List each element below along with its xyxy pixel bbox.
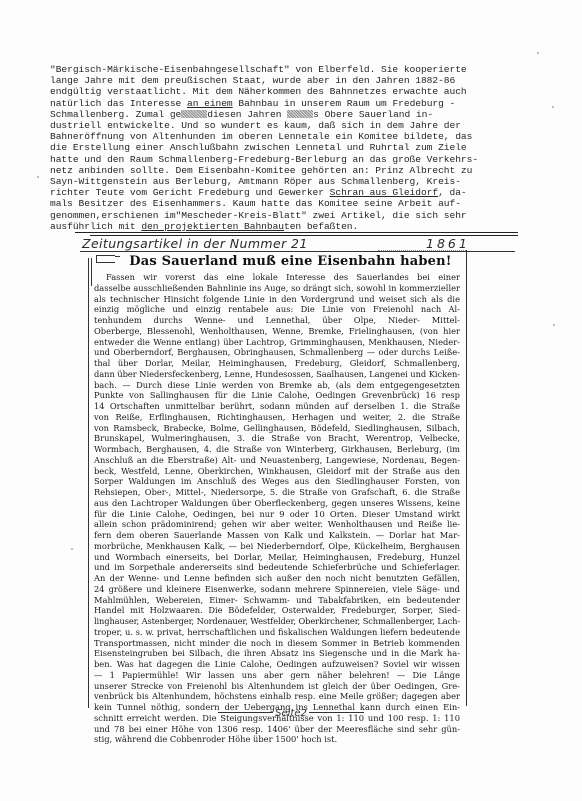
clipping-edge-top [378, 250, 466, 251]
article-line: 14 Ortschaften unmittelbar berührt, soda… [94, 401, 460, 412]
article-line: von Reiße, Erflinghausen, Richtinghausen… [94, 412, 460, 423]
intro-text: richter Teute vom Gericht Fredeburg und … [50, 187, 330, 198]
article-line: und 78 bei einer Höhe von 1306 resp. 140… [94, 724, 460, 735]
footer-dash [218, 712, 273, 713]
article-line: stig, während die Cobbenroder Höhe über … [94, 734, 460, 745]
article-line: einzig mögliche und einzig rentabele aus… [94, 304, 460, 315]
smudge-mark [287, 110, 313, 118]
intro-line: Bahneröffnung von Altenhunden im oberen … [50, 131, 550, 142]
article-line: — 1 Papiermühle! Wir lassen uns aber ger… [94, 670, 460, 681]
page-footer: Seite2 [0, 708, 582, 719]
article-line: ben. Was hat dagegen die Linie Calohe, O… [94, 659, 460, 670]
article-line: Rehsiepen, Ober-, Mittel-, Niedersorpe, … [94, 487, 460, 498]
scanned-page: "Bergisch-Märkische-Eisenbahngesellschaf… [0, 0, 582, 801]
intro-underlined: Schran aus Gleidorf [330, 187, 438, 198]
article-line: thal über Dorlar, Meilar, Heiminghausen,… [94, 358, 460, 369]
article-line: unserer Strecke von Freienohl bis Altenh… [94, 681, 460, 692]
article-line: Punkte von Sallinghausen für die Linie C… [94, 390, 460, 401]
article-line: Handel mit Holzwaaren. Die Bödefelder, O… [94, 605, 460, 616]
article-line: An der Wenne- und Lenne befinden sich au… [94, 573, 460, 584]
article-line: Wormbach, Berghausen, 4. die Straße von … [94, 444, 460, 455]
article-line: Sorper Waldungen im Anschluß des Weges a… [94, 476, 460, 487]
intro-line: richter Teute vom Gericht Fredeburg und … [50, 187, 550, 198]
intro-underlined: den projektierten Bahnbau [141, 221, 284, 232]
article-line: Anschluß an die Eberstraße) Alt- und Neu… [94, 455, 460, 466]
article-line: von Ramsbeck, Brabecke, Bolme, Gellingha… [94, 423, 460, 434]
scan-speck [37, 176, 39, 178]
intro-text: Schmallenberg. Zumal ge [50, 109, 181, 120]
article-line: linghauser, Astenberger, Nordenauer, Wes… [94, 616, 460, 627]
intro-line: endgültig verstaatlicht. Mit dem Näherko… [50, 86, 550, 97]
intro-line: natürlich das Interesse an einem Bahnbau… [50, 98, 550, 109]
intro-line: Sayn-Wittgenstein aus Berleburg, Amtmann… [50, 176, 550, 187]
intro-line: netz anbinden sollte. Dem Eisenbahn-Komi… [50, 165, 550, 176]
article-line: Mahlmühlen, Webereien, Eimer- Schwamm- u… [94, 595, 460, 606]
article-headline: Das Sauerland muß eine Eisenbahn haben! [78, 254, 470, 269]
article-line: troper, u. s. w. privat, herrschaftliche… [94, 627, 460, 638]
article-line: dann über Niedersfeckenberg, Lenne, Hund… [94, 369, 460, 380]
intro-line: Schmallenberg. Zumal gediesen Jahren s O… [50, 109, 550, 120]
intro-line: lange Jahre mit dem preußischen Staat, w… [50, 75, 550, 86]
intro-line: die Erstellung einer Anschlußbahn zwisch… [50, 142, 550, 153]
clipping-edge-right [466, 250, 467, 706]
article-line: für die Linie Calohe, Oedingen, bei nur … [94, 509, 460, 520]
article-line: Brunskapel, Wulmeringhausen, 3. die Stra… [94, 433, 460, 444]
article-line: entweder die Wenne entlang) über Lachtro… [94, 337, 460, 348]
intro-line: dustriell entwickelte. Und so wundert es… [50, 120, 550, 131]
scan-speck [553, 324, 555, 326]
intro-text: Bahnbau in unserem Raum um Fredeburg - [233, 98, 456, 109]
article-line: fern dem oberen Sauerlande Massen von Ka… [94, 530, 460, 541]
page-number-label: Seite2 [275, 708, 307, 719]
pointing-hand-icon [96, 255, 115, 263]
article-line: Transportmassen, nicht minder die noch i… [94, 638, 460, 649]
scan-speck [537, 52, 539, 54]
handwritten-year: 1861 [426, 236, 470, 251]
article-line: Eisensteingruben bei Silbach, die ihren … [94, 648, 460, 659]
article-line: beck, Westfeld, Lenne, Oberkirchen, Wink… [94, 466, 460, 477]
article-line: Fassen wir vorerst das eine lokale Inter… [94, 272, 460, 283]
intro-line: hatte und den Raum Schmallenberg-Fredebu… [50, 154, 550, 165]
separator-rule [75, 232, 518, 233]
intro-text: , da- [438, 187, 467, 198]
intro-text: natürlich das Interesse [50, 98, 187, 109]
article-body: Fassen wir vorerst das eine lokale Inter… [94, 272, 460, 745]
intro-text: s Obere Sauerland in- [313, 109, 433, 120]
scan-speck [552, 106, 554, 108]
scan-speck [71, 548, 73, 550]
clipping-edge-left [88, 258, 89, 708]
article-line: 24 größere und kleinere Eisenwerke, soda… [94, 584, 460, 595]
handwritten-title: Zeitungsartikel in der Nummer 21 [82, 236, 308, 251]
article-line: aus den Lachtroper Waldungen über Oberfl… [94, 498, 460, 509]
smudge-mark [181, 110, 207, 118]
headline-text: Das Sauerland muß eine Eisenbahn haben! [129, 254, 451, 269]
intro-text: diesen Jahren [207, 109, 287, 120]
article-line: Oberberge, Blessenohl, Wenholthausen, We… [94, 326, 460, 337]
article-line: dasselbe ausschließenden Bahnlinie ins A… [94, 283, 460, 294]
footer-dash [309, 712, 364, 713]
article-line: als technischer Hinsicht folgende Linie … [94, 294, 460, 305]
intro-underlined: an einem [187, 98, 233, 109]
article-line: morbrüche, Menkhausen Kalk, — bei Nieder… [94, 541, 460, 552]
article-line: und Oberberndorf, Berghausen, Obringhaus… [94, 347, 460, 358]
typed-intro: "Bergisch-Märkische-Eisenbahngesellschaf… [50, 64, 550, 232]
intro-text: ausführlich mit [50, 221, 141, 232]
article-line: und Wormbach einerseits, bei Dorlar, Mei… [94, 552, 460, 563]
intro-line: mals Besitzer des Eisenhammers. Kaum hat… [50, 198, 550, 209]
article-line: bach. — Durch diese Linie werden von Bre… [94, 380, 460, 391]
intro-line: "Bergisch-Märkische-Eisenbahngesellschaf… [50, 64, 550, 75]
intro-line: ausführlich mit den projektierten Bahnba… [50, 221, 550, 232]
intro-text: ten befaßten. [284, 221, 358, 232]
intro-line: genommen,erschienen im"Mescheder-Kreis-B… [50, 210, 550, 221]
article-line: und im Sorpethale andererseits sind bede… [94, 562, 460, 573]
article-line: venbrück bis Altenhundem, höchstens einh… [94, 691, 460, 702]
article-line: tenhundem durchs Wenne- und Lennethal, ü… [94, 315, 460, 326]
article-line: allein schon prädominirend; gehen wir ab… [94, 519, 460, 530]
